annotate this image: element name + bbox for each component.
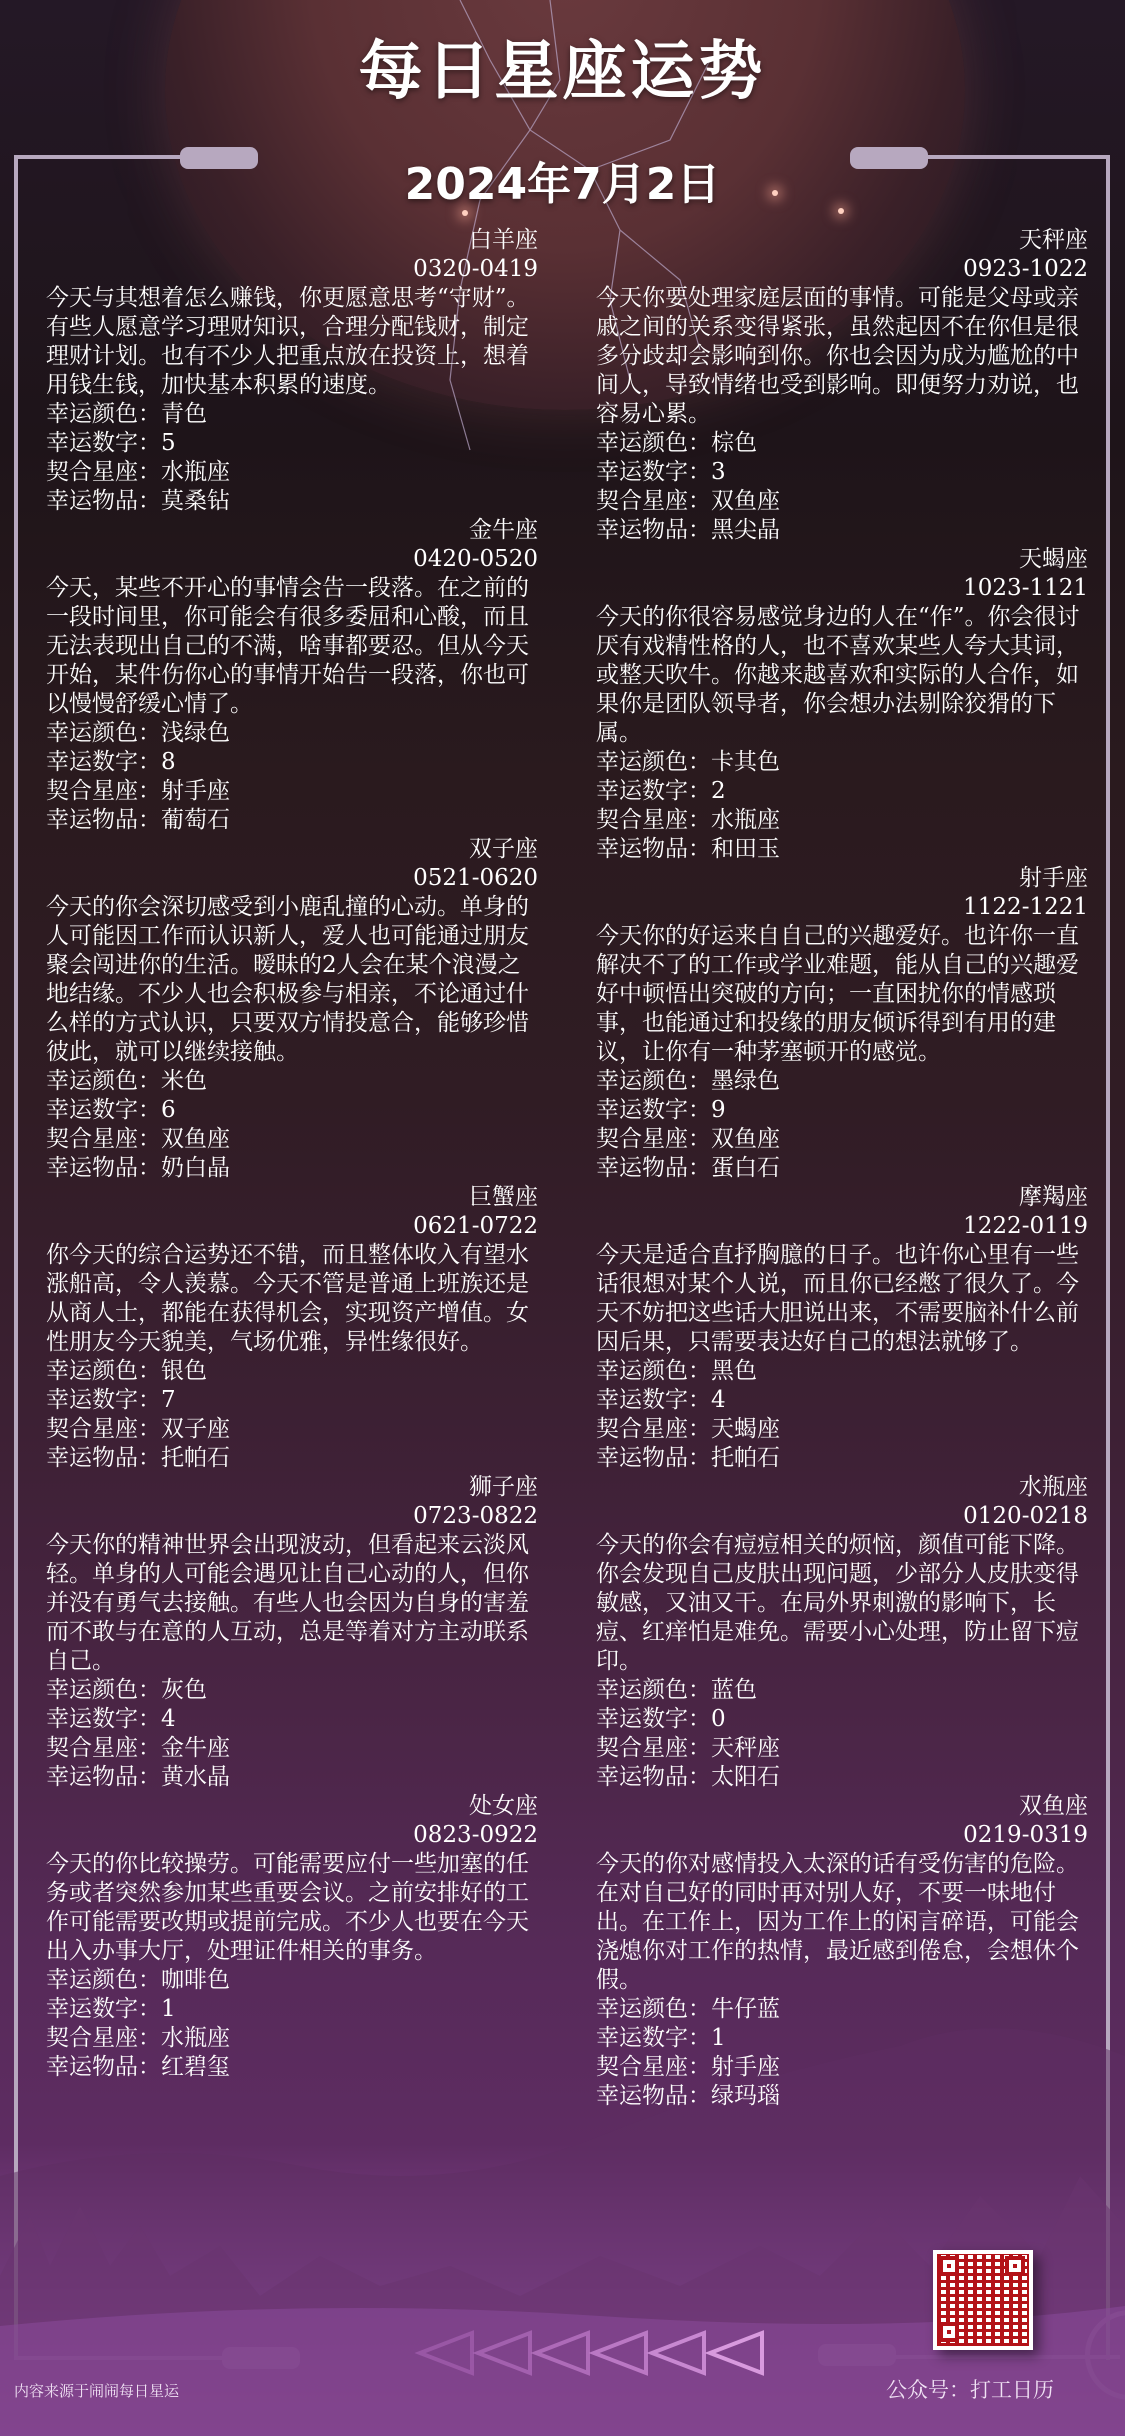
lucky-number-label: 幸运数字： (596, 459, 711, 485)
sign-date-range: 0320-0419 (46, 255, 538, 284)
match-sign-label: 契合星座： (596, 1126, 711, 1152)
lucky-number-value: 4 (161, 1706, 176, 1732)
lucky-number-row: 幸运数字：0 (596, 1705, 1088, 1734)
lucky-number-value: 4 (711, 1387, 726, 1413)
sign-description: 今天你的好运来自自己的兴趣爱好。也许你一直解决不了的工作或学业难题，能从自己的兴… (596, 922, 1088, 1067)
sign-name: 水瓶座 (596, 1473, 1088, 1502)
lucky-number-row: 幸运数字：1 (596, 2024, 1088, 2053)
match-sign-label: 契合星座： (46, 1126, 161, 1152)
lucky-color-label: 幸运颜色： (596, 749, 711, 775)
match-sign-label: 契合星座： (46, 1416, 161, 1442)
match-sign-value: 水瓶座 (711, 807, 780, 833)
sign-card-taurus: 金牛座 0420-0520 今天，某些不开心的事情会告一段落。在之前的一段时间里… (46, 516, 538, 835)
lucky-number-value: 7 (161, 1387, 176, 1413)
match-sign-row: 契合星座：水瓶座 (596, 806, 1088, 835)
lucky-number-label: 幸运数字： (46, 1996, 161, 2022)
lucky-item-value: 和田玉 (711, 836, 780, 862)
lucky-color-row: 幸运颜色：浅绿色 (46, 719, 538, 748)
lucky-color-label: 幸运颜色： (46, 1068, 161, 1094)
sign-description: 今天的你很容易感觉身边的人在“作”。你会很讨厌有戏精性格的人，也不喜欢某些人夸大… (596, 603, 1088, 748)
lucky-number-label: 幸运数字： (596, 778, 711, 804)
match-sign-label: 契合星座： (596, 2054, 711, 2080)
lucky-number-row: 幸运数字：6 (46, 1096, 538, 1125)
lucky-number-row: 幸运数字：4 (46, 1705, 538, 1734)
lucky-item-value: 托帕石 (161, 1445, 230, 1471)
sign-name: 金牛座 (46, 516, 538, 545)
lucky-item-value: 黑尖晶 (711, 517, 780, 543)
lucky-number-row: 幸运数字：3 (596, 458, 1088, 487)
lucky-color-label: 幸运颜色： (46, 720, 161, 746)
lucky-color-value: 咖啡色 (161, 1967, 230, 1993)
lucky-color-value: 银色 (161, 1358, 207, 1384)
lucky-color-value: 蓝色 (711, 1677, 757, 1703)
sign-date-range: 0219-0319 (596, 1821, 1088, 1850)
right-column: 天秤座 0923-1022 今天你要处理家庭层面的事情。可能是父母或亲戚之间的关… (596, 226, 1088, 2111)
match-sign-row: 契合星座：天蝎座 (596, 1415, 1088, 1444)
sign-card-capricorn: 摩羯座 1222-0119 今天是适合直抒胸臆的日子。也许你心里有一些话很想对某… (596, 1183, 1088, 1473)
sign-description: 今天你的精神世界会出现波动，但看起来云淡风轻。单身的人可能会遇见让自己心动的人，… (46, 1531, 538, 1676)
match-sign-row: 契合星座：射手座 (46, 777, 538, 806)
lucky-item-row: 幸运物品：托帕石 (46, 1444, 538, 1473)
lucky-item-value: 托帕石 (711, 1445, 780, 1471)
lucky-item-label: 幸运物品： (596, 2083, 711, 2109)
sign-card-scorpio: 天蝎座 1023-1121 今天的你很容易感觉身边的人在“作”。你会很讨厌有戏精… (596, 545, 1088, 864)
lucky-color-value: 青色 (161, 401, 207, 427)
lucky-color-row: 幸运颜色：牛仔蓝 (596, 1995, 1088, 2024)
match-sign-value: 射手座 (161, 778, 230, 804)
official-account: 公众号：打工日历 (886, 2374, 1054, 2404)
match-sign-value: 双鱼座 (161, 1126, 230, 1152)
lucky-number-row: 幸运数字：5 (46, 429, 538, 458)
match-sign-value: 金牛座 (161, 1735, 230, 1761)
match-sign-row: 契合星座：双鱼座 (596, 487, 1088, 516)
match-sign-label: 契合星座： (46, 778, 161, 804)
lucky-color-row: 幸运颜色：青色 (46, 400, 538, 429)
lucky-item-value: 黄水晶 (161, 1764, 230, 1790)
lucky-item-row: 幸运物品：黄水晶 (46, 1763, 538, 1792)
lucky-number-row: 幸运数字：1 (46, 1995, 538, 2024)
lucky-item-label: 幸运物品： (596, 1445, 711, 1471)
sign-card-leo: 狮子座 0723-0822 今天你的精神世界会出现波动，但看起来云淡风轻。单身的… (46, 1473, 538, 1792)
left-column: 白羊座 0320-0419 今天与其想着怎么赚钱，你更愿意思考“守财”。有些人愿… (46, 226, 538, 2082)
sign-card-aquarius: 水瓶座 0120-0218 今天的你会有痘痘相关的烦恼，颜值可能下降。你会发现自… (596, 1473, 1088, 1792)
lucky-number-label: 幸运数字： (46, 1706, 161, 1732)
sign-name: 狮子座 (46, 1473, 538, 1502)
lucky-item-label: 幸运物品： (46, 1445, 161, 1471)
lucky-color-row: 幸运颜色：银色 (46, 1357, 538, 1386)
lucky-item-row: 幸运物品：红碧玺 (46, 2053, 538, 2082)
sign-date-range: 1122-1221 (596, 893, 1088, 922)
lucky-number-value: 1 (711, 2025, 726, 2051)
match-sign-value: 水瓶座 (161, 459, 230, 485)
lucky-item-label: 幸运物品： (596, 517, 711, 543)
lucky-color-label: 幸运颜色： (46, 1677, 161, 1703)
lucky-color-row: 幸运颜色：黑色 (596, 1357, 1088, 1386)
match-sign-label: 契合星座： (596, 1735, 711, 1761)
sign-name: 射手座 (596, 864, 1088, 893)
match-sign-row: 契合星座：射手座 (596, 2053, 1088, 2082)
lucky-number-value: 2 (711, 778, 726, 804)
lucky-item-label: 幸运物品： (596, 1155, 711, 1181)
sign-date-range: 0723-0822 (46, 1502, 538, 1531)
lucky-color-value: 牛仔蓝 (711, 1996, 780, 2022)
sign-card-gemini: 双子座 0521-0620 今天的你会深切感受到小鹿乱撞的心动。单身的人可能因工… (46, 835, 538, 1183)
match-sign-row: 契合星座：双子座 (46, 1415, 538, 1444)
sign-date-range: 1222-0119 (596, 1212, 1088, 1241)
sign-card-libra: 天秤座 0923-1022 今天你要处理家庭层面的事情。可能是父母或亲戚之间的关… (596, 226, 1088, 545)
content-source: 内容来源于闹闹每日星运 (14, 2380, 179, 2401)
lucky-color-label: 幸运颜色： (46, 1967, 161, 1993)
lucky-color-row: 幸运颜色：米色 (46, 1067, 538, 1096)
match-sign-label: 契合星座： (596, 807, 711, 833)
sign-card-cancer: 巨蟹座 0621-0722 你今天的综合运势还不错，而且整体收入有望水涨船高，令… (46, 1183, 538, 1473)
lucky-item-row: 幸运物品：葡萄石 (46, 806, 538, 835)
sign-description: 今天你要处理家庭层面的事情。可能是父母或亲戚之间的关系变得紧张，虽然起因不在你但… (596, 284, 1088, 429)
sign-date-range: 1023-1121 (596, 574, 1088, 603)
sign-description: 你今天的综合运势还不错，而且整体收入有望水涨船高，令人羡慕。今天不管是普通上班族… (46, 1241, 538, 1357)
lucky-number-label: 幸运数字： (596, 1097, 711, 1123)
sign-name: 双子座 (46, 835, 538, 864)
match-sign-row: 契合星座：双鱼座 (596, 1125, 1088, 1154)
page-title: 每日星座运势 (0, 20, 1125, 112)
sign-description: 今天的你会深切感受到小鹿乱撞的心动。单身的人可能因工作而认识新人，爱人也可能通过… (46, 893, 538, 1067)
sign-name: 天蝎座 (596, 545, 1088, 574)
lucky-item-label: 幸运物品： (46, 1155, 161, 1181)
sign-description: 今天，某些不开心的事情会告一段落。在之前的一段时间里，你可能会有很多委屈和心酸，… (46, 574, 538, 719)
lucky-number-label: 幸运数字： (46, 1387, 161, 1413)
lucky-item-row: 幸运物品：托帕石 (596, 1444, 1088, 1473)
lucky-number-value: 9 (711, 1097, 726, 1123)
sign-date-range: 0521-0620 (46, 864, 538, 893)
lucky-item-value: 绿玛瑙 (711, 2083, 780, 2109)
sign-name: 白羊座 (46, 226, 538, 255)
lucky-color-label: 幸运颜色： (46, 401, 161, 427)
lucky-number-value: 0 (711, 1706, 726, 1732)
lucky-color-row: 幸运颜色：棕色 (596, 429, 1088, 458)
lucky-number-row: 幸运数字：9 (596, 1096, 1088, 1125)
lucky-item-label: 幸运物品： (46, 2054, 161, 2080)
sign-description: 今天的你会有痘痘相关的烦恼，颜值可能下降。你会发现自己皮肤出现问题，少部分人皮肤… (596, 1531, 1088, 1676)
match-sign-row: 契合星座：双鱼座 (46, 1125, 538, 1154)
sign-description: 今天与其想着怎么赚钱，你更愿意思考“守财”。有些人愿意学习理财知识，合理分配钱财… (46, 284, 538, 400)
match-sign-row: 契合星座：天秤座 (596, 1734, 1088, 1763)
match-sign-label: 契合星座： (46, 1735, 161, 1761)
lucky-item-row: 幸运物品：蛋白石 (596, 1154, 1088, 1183)
lucky-number-label: 幸运数字： (46, 430, 161, 456)
sign-date-range: 0420-0520 (46, 545, 538, 574)
lucky-color-row: 幸运颜色：灰色 (46, 1676, 538, 1705)
sign-card-pisces: 双鱼座 0219-0319 今天的你对感情投入太深的话有受伤害的危险。在对自己好… (596, 1792, 1088, 2111)
sign-date-range: 0621-0722 (46, 1212, 538, 1241)
page-date: 2024年7月2日 (0, 148, 1125, 212)
lucky-number-label: 幸运数字： (46, 1097, 161, 1123)
match-sign-row: 契合星座：水瓶座 (46, 458, 538, 487)
match-sign-label: 契合星座： (596, 1416, 711, 1442)
lucky-number-value: 1 (161, 1996, 176, 2022)
sign-name: 天秤座 (596, 226, 1088, 255)
qr-finder-icon (939, 2322, 959, 2342)
lucky-color-value: 米色 (161, 1068, 207, 1094)
lucky-item-label: 幸运物品： (46, 1764, 161, 1790)
qr-finder-icon (939, 2256, 959, 2276)
lucky-item-value: 莫桑钻 (161, 488, 230, 514)
lucky-number-value: 5 (161, 430, 176, 456)
lucky-color-row: 幸运颜色：咖啡色 (46, 1966, 538, 1995)
lucky-item-row: 幸运物品：莫桑钻 (46, 487, 538, 516)
match-sign-label: 契合星座： (596, 488, 711, 514)
lucky-number-row: 幸运数字：8 (46, 748, 538, 777)
lucky-number-label: 幸运数字： (596, 2025, 711, 2051)
match-sign-value: 天蝎座 (711, 1416, 780, 1442)
match-sign-value: 天秤座 (711, 1735, 780, 1761)
lucky-color-label: 幸运颜色： (596, 430, 711, 456)
lucky-color-row: 幸运颜色：蓝色 (596, 1676, 1088, 1705)
lucky-number-value: 6 (161, 1097, 176, 1123)
lucky-color-row: 幸运颜色：墨绿色 (596, 1067, 1088, 1096)
sign-date-range: 0120-0218 (596, 1502, 1088, 1531)
lucky-number-value: 3 (711, 459, 726, 485)
lucky-color-value: 卡其色 (711, 749, 780, 775)
page-header: 每日星座运势 2024年7月2日 (0, 20, 1125, 212)
sign-date-range: 0823-0922 (46, 1821, 538, 1850)
lucky-color-row: 幸运颜色：卡其色 (596, 748, 1088, 777)
sign-name: 巨蟹座 (46, 1183, 538, 1212)
lucky-number-row: 幸运数字：7 (46, 1386, 538, 1415)
lucky-item-value: 红碧玺 (161, 2054, 230, 2080)
sign-card-virgo: 处女座 0823-0922 今天的你比较操劳。可能需要应付一些加塞的任务或者突然… (46, 1792, 538, 2082)
sign-card-sagittarius: 射手座 1122-1221 今天你的好运来自自己的兴趣爱好。也许你一直解决不了的… (596, 864, 1088, 1183)
sign-name: 摩羯座 (596, 1183, 1088, 1212)
lucky-color-label: 幸运颜色： (596, 1677, 711, 1703)
sign-date-range: 0923-1022 (596, 255, 1088, 284)
match-sign-value: 射手座 (711, 2054, 780, 2080)
sign-card-aries: 白羊座 0320-0419 今天与其想着怎么赚钱，你更愿意思考“守财”。有些人愿… (46, 226, 538, 516)
left-arrows-decoration (410, 2328, 770, 2378)
lucky-item-row: 幸运物品：绿玛瑙 (596, 2082, 1088, 2111)
lucky-color-value: 墨绿色 (711, 1068, 780, 1094)
lucky-color-label: 幸运颜色： (596, 1996, 711, 2022)
lucky-item-label: 幸运物品： (46, 807, 161, 833)
sign-name: 处女座 (46, 1792, 538, 1821)
qr-code[interactable] (933, 2250, 1033, 2350)
match-sign-row: 契合星座：水瓶座 (46, 2024, 538, 2053)
lucky-item-value: 蛋白石 (711, 1155, 780, 1181)
lucky-number-row: 幸运数字：4 (596, 1386, 1088, 1415)
lucky-number-label: 幸运数字： (596, 1706, 711, 1732)
lucky-color-label: 幸运颜色： (46, 1358, 161, 1384)
match-sign-label: 契合星座： (46, 2025, 161, 2051)
lucky-color-value: 黑色 (711, 1358, 757, 1384)
sign-name: 双鱼座 (596, 1792, 1088, 1821)
lucky-item-label: 幸运物品： (46, 488, 161, 514)
sign-description: 今天是适合直抒胸臆的日子。也许你心里有一些话很想对某个人说，而且你已经憋了很久了… (596, 1241, 1088, 1357)
lucky-item-row: 幸运物品：奶白晶 (46, 1154, 538, 1183)
lucky-item-label: 幸运物品： (596, 1764, 711, 1790)
sign-description: 今天的你对感情投入太深的话有受伤害的危险。在对自己好的同时再对别人好，不要一味地… (596, 1850, 1088, 1995)
qr-finder-icon (1005, 2256, 1025, 2276)
lucky-item-value: 太阳石 (711, 1764, 780, 1790)
lucky-color-value: 灰色 (161, 1677, 207, 1703)
match-sign-value: 双鱼座 (711, 488, 780, 514)
lucky-number-row: 幸运数字：2 (596, 777, 1088, 806)
lucky-item-row: 幸运物品：太阳石 (596, 1763, 1088, 1792)
lucky-item-row: 幸运物品：黑尖晶 (596, 516, 1088, 545)
lucky-item-label: 幸运物品： (596, 836, 711, 862)
lucky-number-label: 幸运数字： (596, 1387, 711, 1413)
match-sign-value: 双子座 (161, 1416, 230, 1442)
match-sign-label: 契合星座： (46, 459, 161, 485)
lucky-color-label: 幸运颜色： (596, 1358, 711, 1384)
match-sign-value: 水瓶座 (161, 2025, 230, 2051)
lucky-item-value: 葡萄石 (161, 807, 230, 833)
lucky-item-row: 幸运物品：和田玉 (596, 835, 1088, 864)
lucky-item-value: 奶白晶 (161, 1155, 230, 1181)
lucky-number-value: 8 (161, 749, 176, 775)
match-sign-row: 契合星座：金牛座 (46, 1734, 538, 1763)
lucky-color-value: 棕色 (711, 430, 757, 456)
sign-description: 今天的你比较操劳。可能需要应付一些加塞的任务或者突然参加某些重要会议。之前安排好… (46, 1850, 538, 1966)
lucky-color-label: 幸运颜色： (596, 1068, 711, 1094)
lucky-number-label: 幸运数字： (46, 749, 161, 775)
match-sign-value: 双鱼座 (711, 1126, 780, 1152)
lucky-color-value: 浅绿色 (161, 720, 230, 746)
